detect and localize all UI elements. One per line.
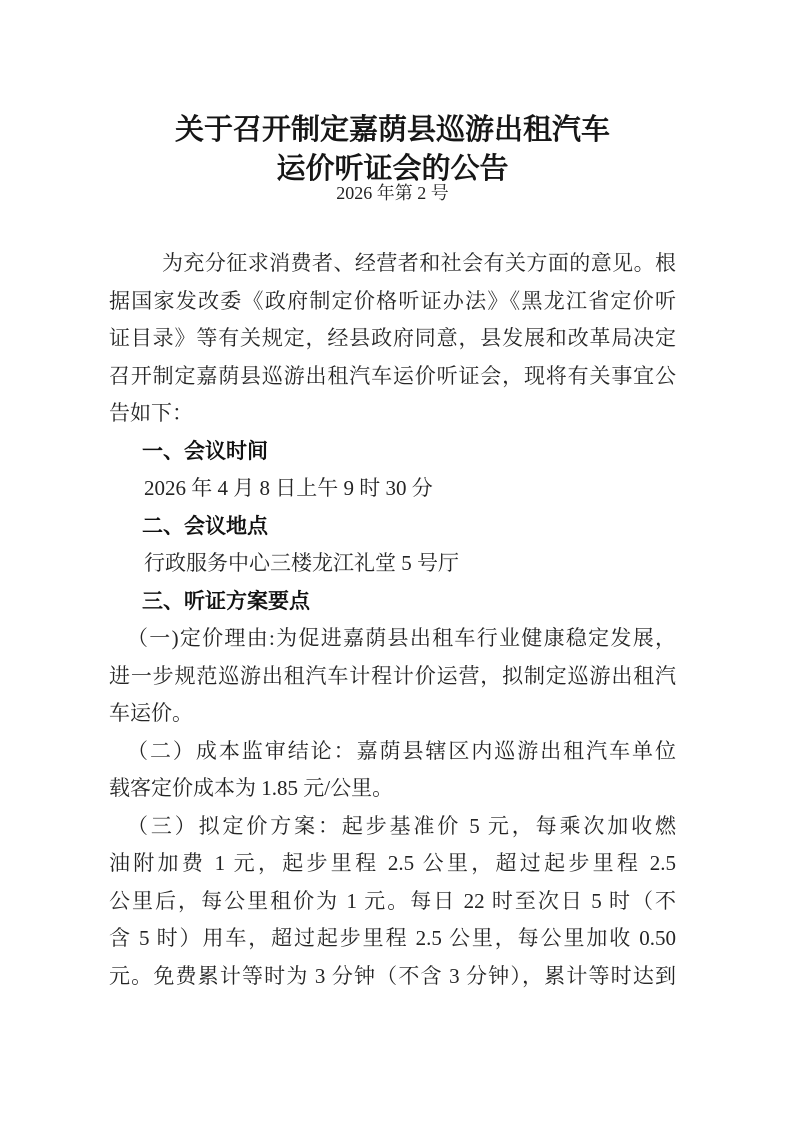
- pricing-plan-line-5: 元。免费累计等时为 3 分钟（不含 3 分钟），累计等时达到: [109, 958, 676, 996]
- document-title: 关于召开制定嘉荫县巡游出租汽车 运价听证会的公告: [109, 111, 676, 189]
- intro-line-4: 召开制定嘉荫县巡游出租汽车运价听证会，现将有关事宜公: [109, 358, 676, 396]
- pricing-plan-line-2: 油附加费 1 元，起步里程 2.5 公里，超过起步里程 2.5: [109, 845, 676, 883]
- document-body: 为充分征求消费者、经营者和社会有关方面的意见。根 据国家发改委《政府制定价格听证…: [109, 245, 676, 995]
- notice-document-page: 关于召开制定嘉荫县巡游出租汽车 运价听证会的公告 2026 年第 2 号 为充分…: [0, 0, 793, 1122]
- pricing-reason-line-2: 进一步规范巡游出租汽车计程计价运营，拟制定巡游出租汽: [109, 658, 676, 696]
- pricing-plan-line-4: 含 5 时）用车，超过起步里程 2.5 公里，每公里加收 0.50: [109, 920, 676, 958]
- cost-review-line-1: （二）成本监审结论：嘉荫县辖区内巡游出租汽车单位: [109, 733, 676, 771]
- meeting-time-value: 2026 年 4 月 8 日上午 9 时 30 分: [109, 470, 676, 508]
- section-heading-meeting-time: 一、会议时间: [109, 433, 676, 471]
- intro-line-2: 据国家发改委《政府制定价格听证办法》《黑龙江省定价听: [109, 283, 676, 321]
- cost-review-line-2: 载客定价成本为 1.85 元/公里。: [109, 770, 676, 808]
- document-title-line-1: 关于召开制定嘉荫县巡游出租汽车: [109, 111, 676, 150]
- meeting-location-value: 行政服务中心三楼龙江礼堂 5 号厅: [109, 545, 676, 583]
- intro-line-5: 告如下：: [109, 395, 676, 433]
- document-number: 2026 年第 2 号: [109, 180, 676, 206]
- intro-line-3: 证目录》等有关规定，经县政府同意，县发展和改革局决定: [109, 320, 676, 358]
- pricing-reason-line-3: 车运价。: [109, 695, 676, 733]
- intro-line-1: 为充分征求消费者、经营者和社会有关方面的意见。根: [109, 245, 676, 283]
- pricing-plan-line-1: （三）拟定价方案：起步基准价 5 元，每乘次加收燃: [109, 808, 676, 846]
- section-heading-meeting-location: 二、会议地点: [109, 508, 676, 546]
- section-heading-hearing-plan: 三、听证方案要点: [109, 583, 676, 621]
- pricing-plan-line-3: 公里后，每公里租价为 1 元。每日 22 时至次日 5 时（不: [109, 883, 676, 921]
- pricing-reason-line-1: （一)定价理由:为促进嘉荫县出租车行业健康稳定发展，: [109, 620, 676, 658]
